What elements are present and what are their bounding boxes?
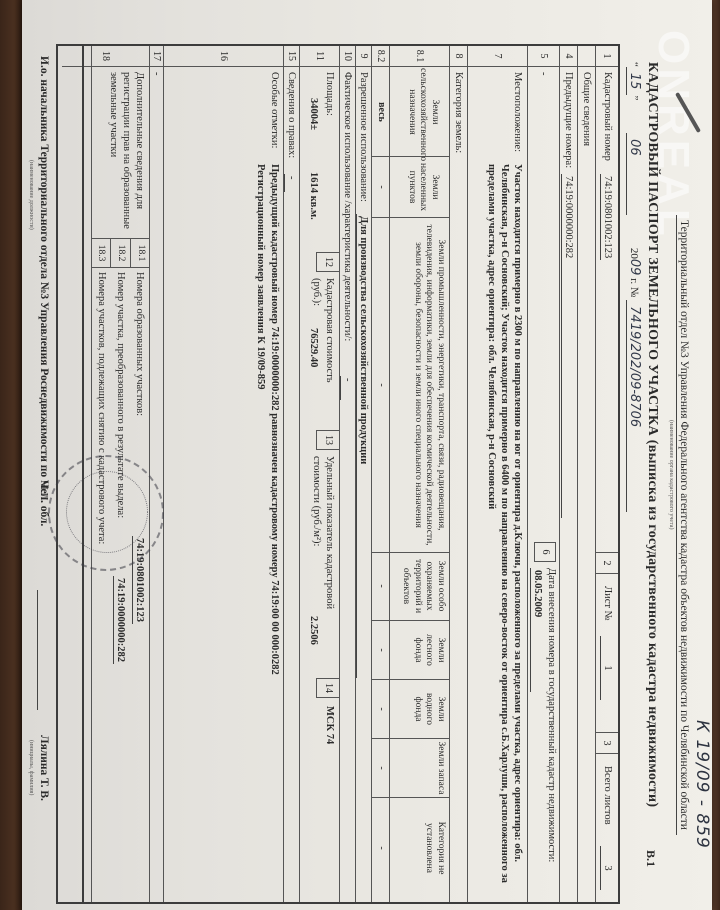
signatory-position: И.о. начальника Территориального отдела … <box>38 56 50 526</box>
additional-info-label: Дополнительные сведения для регистрации … <box>107 72 146 232</box>
row-num: 8.1 <box>390 46 450 67</box>
row-num: 8.2 <box>372 46 390 67</box>
permitted-use-value: Для производства сельскохозяйственной пр… <box>356 214 370 678</box>
sheet-value: 1 <box>600 636 614 700</box>
stamp-place-label: М.П. <box>38 480 50 503</box>
coordinate-system-value: МСК 74 <box>323 706 336 744</box>
registration-date-label: Дата внесения номера в государственный к… <box>545 568 558 898</box>
form-code: В.1 <box>643 850 658 867</box>
category-header-water: Земли водного фонда <box>390 680 450 739</box>
category-value-undefined: - <box>372 798 390 898</box>
general-info-label: Общие сведения <box>580 72 593 146</box>
location-value: Участок находится примерно в 2300 м по н… <box>485 164 524 894</box>
date-year-suffix: г. № <box>628 278 640 297</box>
row-17-value: - <box>150 72 163 76</box>
signer-caption: (инициалы, фамилия) <box>28 740 34 795</box>
previous-numbers-label: Предыдущие номера: <box>562 72 575 168</box>
category-value-water: - <box>372 680 390 739</box>
signature-line <box>37 590 38 710</box>
row-num: 14 <box>316 678 340 698</box>
row-num: 15 <box>284 46 300 67</box>
land-category-label: Категория земель: <box>452 72 465 153</box>
general-info-row: Общие сведения <box>577 46 596 902</box>
total-sheets-label: Всего листов <box>601 766 614 825</box>
row-9: 9 Разрешенное использование: Для произво… <box>355 46 372 902</box>
row-num: 1 <box>596 46 618 67</box>
special-notes-label: Особые отметки: <box>268 72 281 148</box>
row-num: 18.1 <box>130 239 150 267</box>
row-num: 9 <box>356 46 372 67</box>
rights-value: - <box>284 174 298 192</box>
category-header-settlements: Земли населенных пунктов <box>390 157 450 218</box>
category-value-forest: - <box>372 621 390 680</box>
category-header-undefined: Категория не установлена <box>390 798 450 898</box>
cadastral-passport-page: ONREAL Территориальный отдел №3 Управлен… <box>22 0 712 910</box>
category-header-protected: Земли особо охраняемых территорий и объе… <box>390 552 450 621</box>
handwritten-reference: К 19/09 - 859 <box>692 720 712 849</box>
row-17: 17 - <box>149 46 164 902</box>
location-label: Местоположение: <box>511 72 524 152</box>
document-number: 7419/202/09-8706 <box>626 300 642 512</box>
row-num: 13 <box>316 430 340 450</box>
row-11-14: 11 Площадь: 34004± 1614 кв.м. 12 Кадастр… <box>299 46 340 902</box>
row-num: 2 <box>596 552 618 574</box>
category-header-agricultural: Земли сельскохозяйственного назначения <box>390 68 450 157</box>
specific-value: 2.2506 <box>307 616 320 645</box>
position-caption: (наименование должности) <box>28 160 34 230</box>
category-header-industrial: Земли промышленности, энергетики, трансп… <box>390 218 450 553</box>
category-header-reserve: Земли запаса <box>390 739 450 798</box>
cadastral-number-label: Кадастровый номер <box>601 72 614 161</box>
row-num: 4 <box>560 46 578 67</box>
row-num: 16 <box>164 46 284 67</box>
permitted-use-label: Разрешенное использование: <box>357 72 370 202</box>
row-num: 5 <box>528 46 560 67</box>
special-notes-line1: Предыдущий кадастровый номер 74:19:00000… <box>268 164 281 894</box>
row-num: 18.3 <box>91 239 110 267</box>
row-15: 15 Сведения о правах: - <box>283 46 300 902</box>
registration-date-value: 08.05.2009 <box>530 568 544 692</box>
row-5-value: - <box>537 72 550 76</box>
land-category-values: 8.2 весь - - - - - - - <box>371 46 390 902</box>
category-value-industrial: - <box>372 218 390 553</box>
row-num: 3 <box>596 732 618 754</box>
signer-name: Лялина Т. В. <box>38 735 50 801</box>
row-num: 8 <box>450 46 468 67</box>
area-unit-value: 1614 кв.м. <box>307 172 320 220</box>
row-num: 10 <box>340 46 356 67</box>
row-num: 18.2 <box>110 239 130 267</box>
category-value-agricultural: весь <box>372 68 390 157</box>
row-num: 6 <box>534 542 556 562</box>
title-suffix: (выписка из государственного кадастра не… <box>645 440 660 808</box>
category-header-forest: Земли лесного фонда <box>390 621 450 680</box>
date-year: 09 <box>627 259 642 276</box>
row-8: 8 Категория земель: <box>449 46 468 902</box>
row-num: 7 <box>468 46 528 67</box>
organization-caption: (наименование органа кадастрового учета) <box>668 420 674 529</box>
sub-row-numbers: 18.1 18.2 18.3 <box>92 238 150 268</box>
cadastral-value: 76529.40 <box>307 328 320 367</box>
row-4: 4 Предыдущие номера: 74:19:0000000:282 <box>559 46 578 902</box>
special-notes-line2: Регистрационный номер заявления К 19/09-… <box>254 164 267 894</box>
row-7: 7 Местоположение: Участок находится прим… <box>467 46 528 902</box>
total-sheets-value: 3 <box>600 846 614 890</box>
actual-use-label: Фактическое использование /характеристик… <box>341 72 354 341</box>
title-main: КАДАСТРОВЫЙ ПАСПОРТ ЗЕМЕЛЬНОГО УЧАСТКА <box>645 62 660 436</box>
sheet-label: Лист № <box>601 586 614 621</box>
row-num: 11 <box>300 46 340 67</box>
document-title: КАДАСТРОВЫЙ ПАСПОРТ ЗЕМЕЛЬНОГО УЧАСТКА (… <box>644 62 660 807</box>
date-day: 15 <box>626 67 642 96</box>
area-label: Площадь: <box>323 72 336 116</box>
date-year-prefix: 20 <box>628 248 640 259</box>
transformed-plot-value: 74:19:0000000:282 <box>113 576 127 664</box>
category-value-settlements: - <box>372 157 390 218</box>
row-num: 18 <box>62 46 150 67</box>
land-category-headers: 8.1 Земли сельскохозяйственного назначен… <box>389 46 450 902</box>
row-num: 12 <box>316 252 340 272</box>
area-value: 34004± <box>307 98 320 130</box>
row-num-blank <box>578 46 596 67</box>
row-16: 16 Особые отметки: Предыдущий кадастровы… <box>163 46 284 902</box>
row-1: 1 Кадастровый номер 74:19:0801002:123 2 … <box>595 46 618 902</box>
organization-name: Территориальный отдел №3 Управления Феде… <box>676 215 690 835</box>
row-num: 17 <box>150 46 164 67</box>
row-10: 10 Фактическое использование /характерис… <box>339 46 356 902</box>
rights-label: Сведения о правах: <box>285 72 298 158</box>
category-value-reserve: - <box>372 739 390 798</box>
date-month: 06 <box>626 133 642 215</box>
cadastral-number-value: 74:19:0801002:123 <box>600 174 614 260</box>
formed-plots-label: Номера образованных участков: <box>133 272 146 416</box>
actual-use-value: - <box>340 376 354 400</box>
previous-numbers-value: 74:19:0000000:282 <box>561 174 575 518</box>
row-5-6: 5 - 6 Дата внесения номера в государстве… <box>527 46 560 902</box>
official-stamp-icon <box>48 455 164 571</box>
document-date: “15” 06 2009 г. № 7419/202/09-8706 <box>626 62 642 512</box>
category-value-protected: - <box>372 552 390 621</box>
